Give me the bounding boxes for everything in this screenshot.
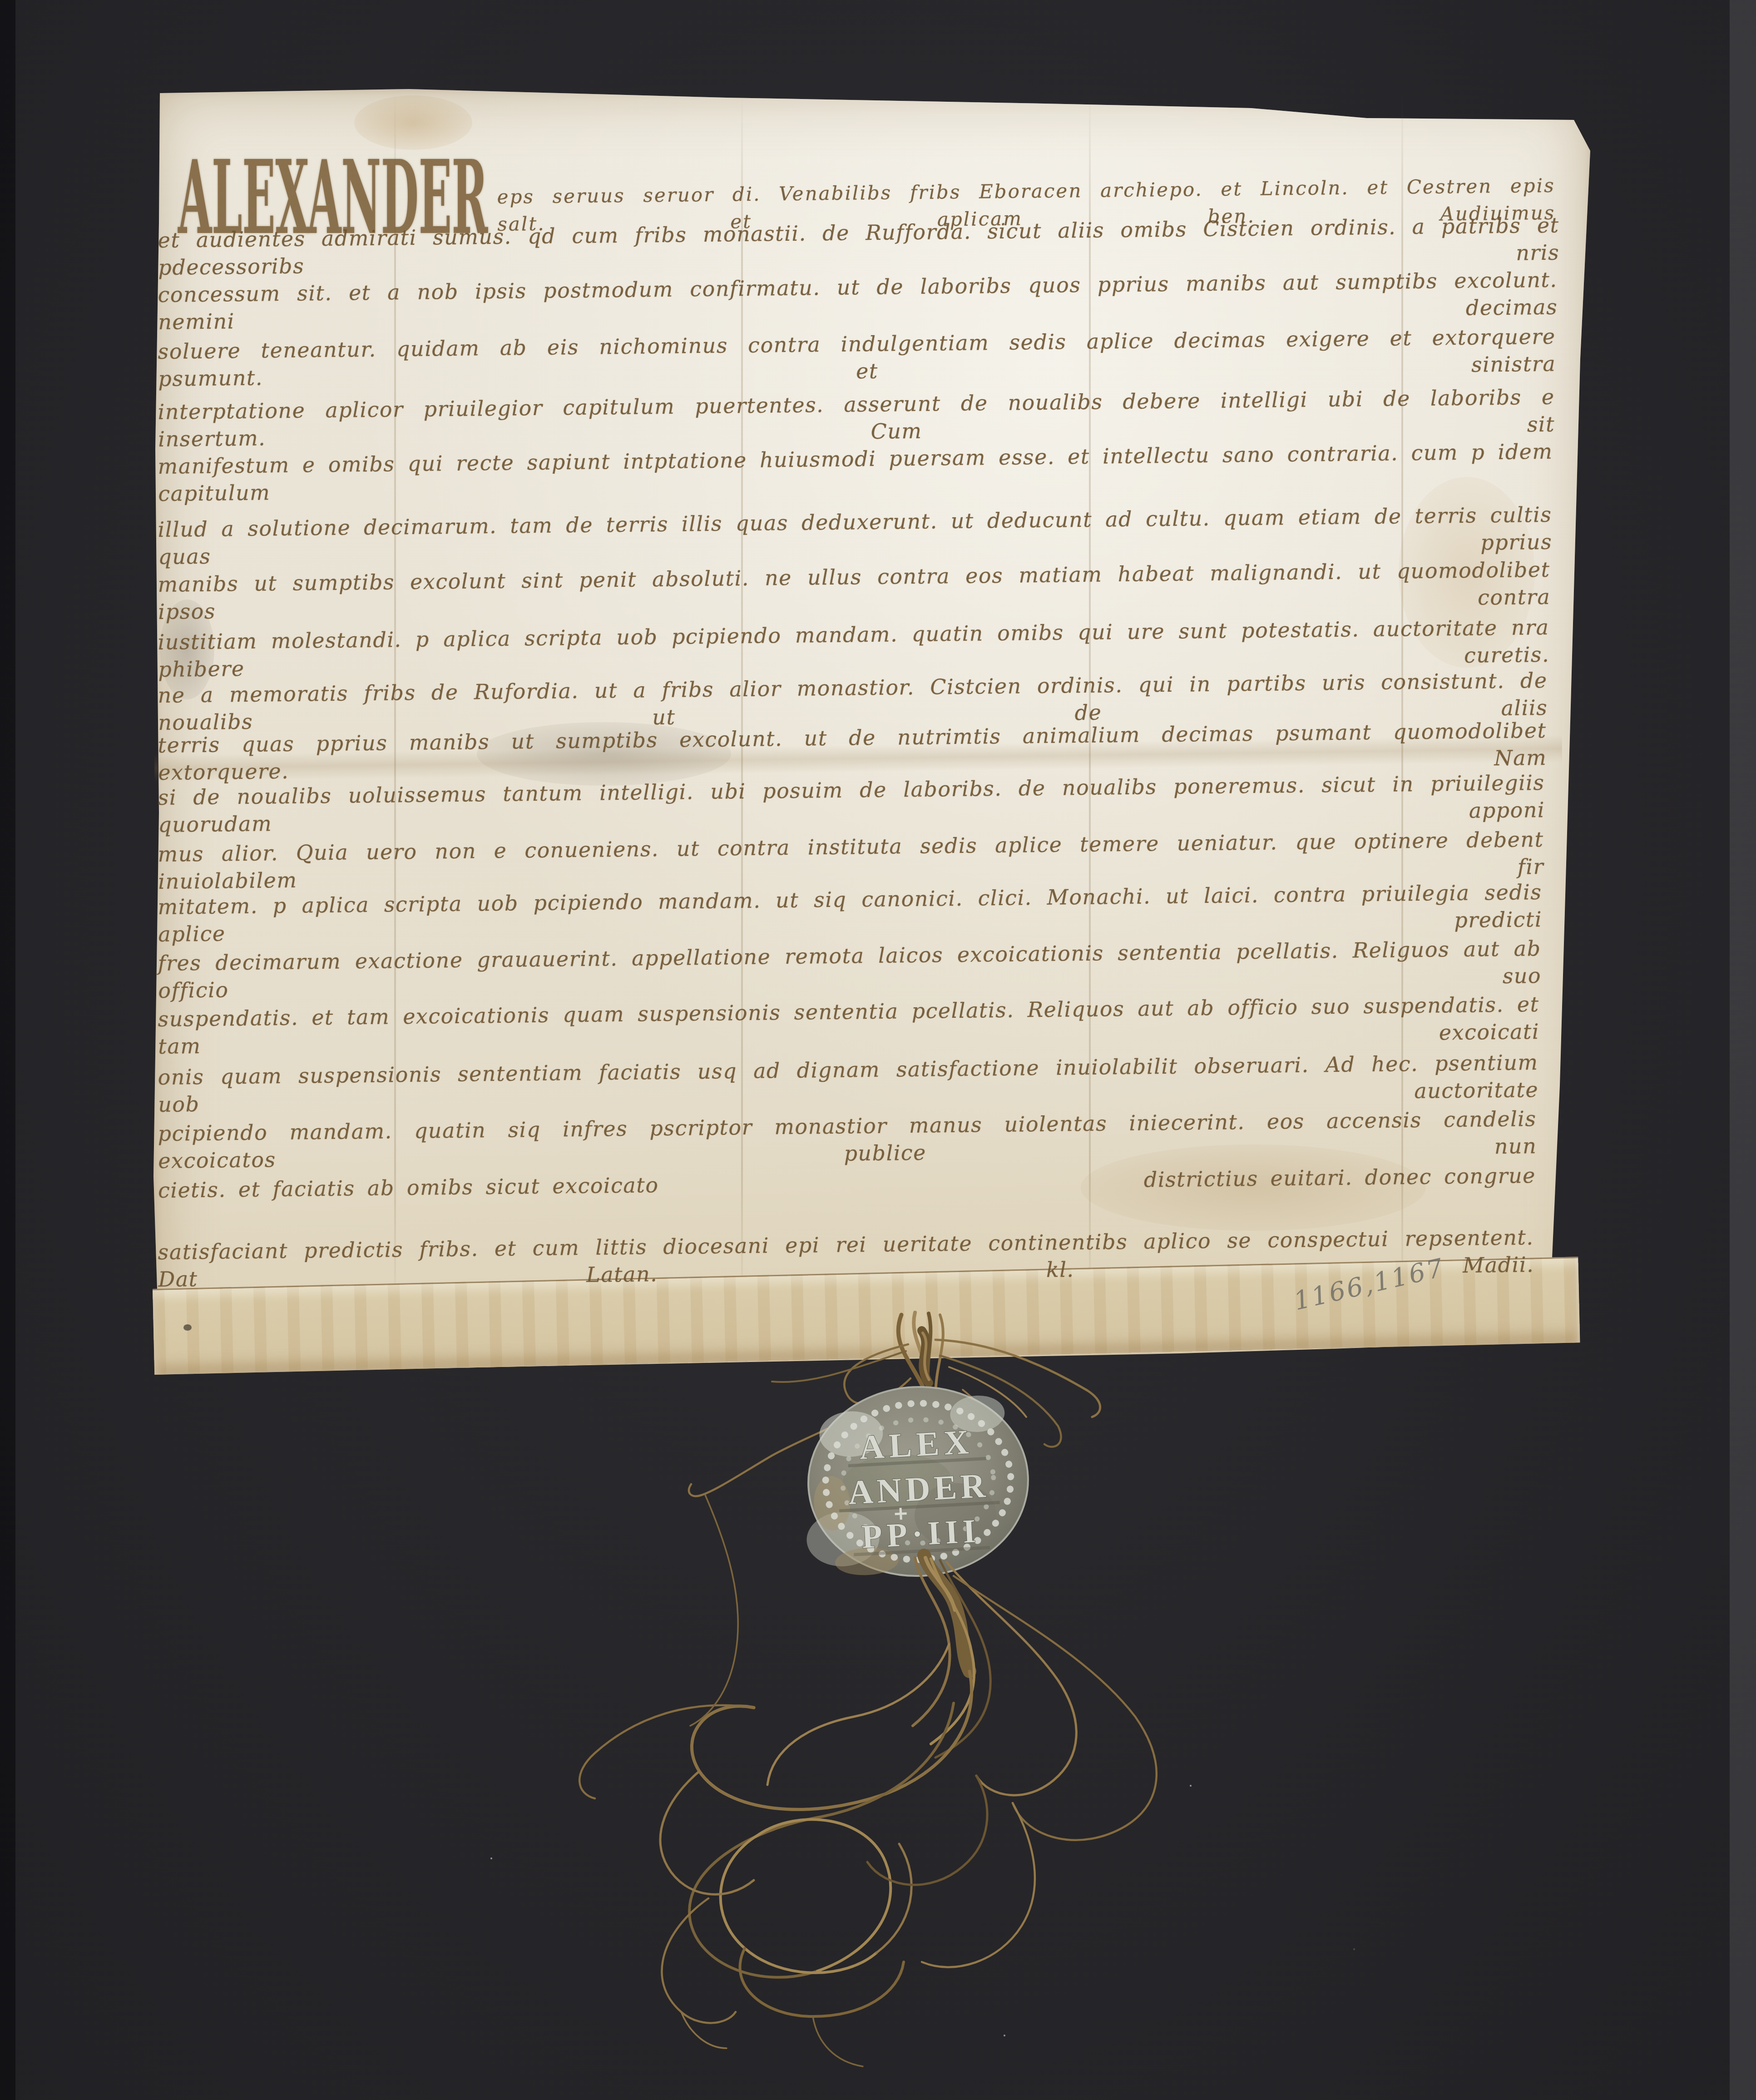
dust-speck (1190, 1785, 1192, 1787)
seal-text-line1: ALEX (858, 1423, 974, 1467)
cord-lower-tangle (579, 1495, 1157, 2066)
papal-bulla-seal: ALEX ANDER PP·III (799, 1382, 1033, 1582)
photograph-of-charter: ALEXANDER eps seruus seruor di. Venabili… (0, 0, 1756, 2100)
seal-text-line3: PP·III (861, 1512, 981, 1556)
dust-speck (1353, 1948, 1355, 1950)
seal-and-cords-layer: ALEX ANDER PP·III (0, 0, 1756, 2100)
seal-text-line2: ANDER (847, 1466, 990, 1512)
dust-speck (490, 1857, 492, 1859)
dust-speck (1004, 2035, 1005, 2036)
